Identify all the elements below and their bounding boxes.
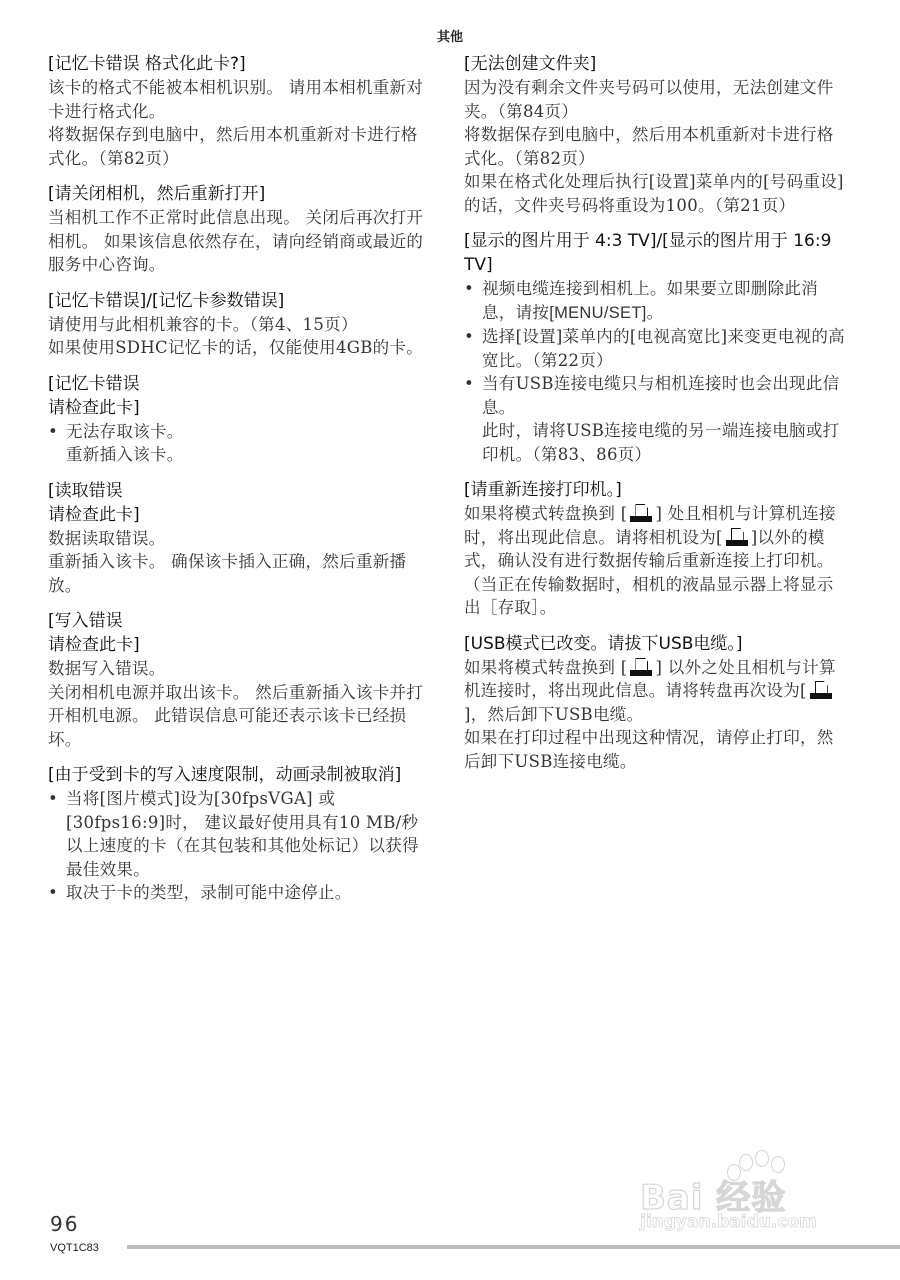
bullet-text: 此时，请将USB连接电缆的另一端连接电脑或打印机。（第83、86页） <box>482 419 849 466</box>
msg-text: 关闭相机电源并取出该卡。 然后重新插入该卡并打开相机电源。 此错误信息可能还表示… <box>48 681 433 752</box>
bullet-icon: • <box>464 372 474 396</box>
msg-title: 请检查此卡] <box>48 396 433 420</box>
bullet-item: • 取决于卡的类型，录制可能中途停止。 <box>48 881 433 905</box>
msg-title: [写入错误 <box>48 609 433 633</box>
bullet-text: 无法存取该卡。 <box>66 420 433 444</box>
msg-title: [由于受到卡的写入速度限制，动画录制被取消] <box>48 763 433 787</box>
msg-title: [记忆卡错误 <box>48 372 433 396</box>
msg-text: 数据读取错误。 <box>48 527 433 551</box>
msg-title: 请检查此卡] <box>48 633 433 657</box>
msg-text: 如果使用SDHC记忆卡的话，仅能使用4GB的卡。 <box>48 336 433 360</box>
msg-text: 如果将模式转盘换到 [] 处且相机与计算机连接时，将出现此信息。请将相机设为[]… <box>464 502 849 620</box>
printer-mode-icon <box>630 658 652 676</box>
bullet-item: • 无法存取该卡。 重新插入该卡。 <box>48 420 433 467</box>
msg-text: 当相机工作不正常时此信息出现。 关闭后再次打开相机。 如果该信息依然存在，请向经… <box>48 206 433 277</box>
bullet-icon: • <box>464 325 474 349</box>
bullet-text: 重新插入该卡。 <box>66 443 433 467</box>
msg-title: [无法创建文件夹] <box>464 52 849 76</box>
baidu-jingyan-watermark: Bai 经验 jingyan.baidu.com <box>640 1150 860 1240</box>
msg-reconnect-printer: [请重新连接打印机。] 如果将模式转盘换到 [] 处且相机与计算机连接时，将出现… <box>464 478 849 620</box>
bullet-text: 。 <box>647 303 664 322</box>
left-column: [记忆卡错误 格式化此卡?] 该卡的格式不能被本相机识别。 请用本相机重新对卡进… <box>48 52 433 917</box>
msg-cannot-create-folder: [无法创建文件夹] 因为没有剩余文件夹号码可以使用，无法创建文件夹。（第84页）… <box>464 52 849 217</box>
bullet-item: • 当有USB连接电缆只与相机连接时也会出现此信息。 此时，请将USB连接电缆的… <box>464 372 849 466</box>
bullet-text: 当有USB连接电缆只与相机连接时也会出现此信息。 <box>482 372 849 419</box>
bullet-icon: • <box>48 787 58 811</box>
page-number: 96 <box>50 1212 79 1236</box>
bullet-icon: • <box>48 881 58 905</box>
footer-divider <box>127 1245 900 1249</box>
watermark-url: jingyan.baidu.com <box>640 1212 817 1232</box>
msg-text: 将数据保存到电脑中，然后用本机重新对卡进行格式化。（第82页） <box>464 123 849 170</box>
msg-title: [记忆卡错误]/[记忆卡参数错误] <box>48 289 433 313</box>
bullet-item: • 选择[设置]菜单内的[电视高宽比]来变更电视的高宽比。（第22页） <box>464 325 849 372</box>
bullet-item: • 视频电缆连接到相机上。如果要立即删除此消息，请按[MENU/SET]。 <box>464 277 849 325</box>
msg-write-error: [写入错误 请检查此卡] 数据写入错误。 关闭相机电源并取出该卡。 然后重新插入… <box>48 609 433 751</box>
msg-text: 重新插入该卡。 确保该卡插入正确，然后重新播放。 <box>48 550 433 597</box>
printer-mode-icon <box>630 504 652 522</box>
msg-title: 请检查此卡] <box>48 503 433 527</box>
printer-mode-icon <box>726 528 748 546</box>
msg-card-param-error: [记忆卡错误]/[记忆卡参数错误] 请使用与此相机兼容的卡。（第4、15页） 如… <box>48 289 433 360</box>
msg-text: 如果在打印过程中出现这种情况，请停止打印，然后卸下USB连接电缆。 <box>464 726 849 773</box>
msg-text: 因为没有剩余文件夹号码可以使用，无法创建文件夹。（第84页） <box>464 76 849 123</box>
text-fragment: 如果将模式转盘换到 [ <box>464 504 627 523</box>
text-fragment: ]，然后卸下USB电缆。 <box>464 705 643 724</box>
msg-title: [请关闭相机，然后重新打开] <box>48 182 433 206</box>
section-header: 其他 <box>0 26 900 45</box>
right-column: [无法创建文件夹] 因为没有剩余文件夹号码可以使用，无法创建文件夹。（第84页）… <box>464 52 849 785</box>
msg-text: 请使用与此相机兼容的卡。（第4、15页） <box>48 313 433 337</box>
doc-code: VQT1C83 <box>50 1242 99 1254</box>
msg-check-card: [记忆卡错误 请检查此卡] • 无法存取该卡。 重新插入该卡。 <box>48 372 433 467</box>
msg-text: 如果在格式化处理后执行[设置]菜单内的[号码重设]的话，文件夹号码将重设为100… <box>464 170 849 217</box>
bullet-item: • 当将[图片模式]设为[30fpsVGA] 或[30fps16:9]时， 建议… <box>48 787 433 881</box>
msg-text: 将数据保存到电脑中，然后用本机重新对卡进行格式化。（第82页） <box>48 123 433 170</box>
msg-text: 该卡的格式不能被本相机识别。 请用本相机重新对卡进行格式化。 <box>48 76 433 123</box>
msg-format-card: [记忆卡错误 格式化此卡?] 该卡的格式不能被本相机识别。 请用本相机重新对卡进… <box>48 52 433 170</box>
msg-title: [USB模式已改变。请拔下USB电缆。] <box>464 632 849 656</box>
msg-restart-camera: [请关闭相机，然后重新打开] 当相机工作不正常时此信息出现。 关闭后再次打开相机… <box>48 182 433 277</box>
msg-title: [请重新连接打印机。] <box>464 478 849 502</box>
msg-motion-cancelled: [由于受到卡的写入速度限制，动画录制被取消] • 当将[图片模式]设为[30fp… <box>48 763 433 905</box>
msg-text: 如果将模式转盘换到 [] 以外之处且相机与计算机连接时，将出现此信息。请将转盘再… <box>464 656 849 727</box>
menu-set-key-label: [MENU/SET] <box>549 304 646 322</box>
msg-text: 数据写入错误。 <box>48 657 433 681</box>
printer-mode-icon <box>810 681 832 699</box>
msg-title: [读取错误 <box>48 479 433 503</box>
text-fragment: 如果将模式转盘换到 [ <box>464 658 627 677</box>
bullet-icon: • <box>48 420 58 444</box>
msg-tv-aspect: [显示的图片用于 4:3 TV]/[显示的图片用于 16:9 TV] • 视频电… <box>464 229 849 466</box>
msg-read-error: [读取错误 请检查此卡] 数据读取错误。 重新插入该卡。 确保该卡插入正确，然后… <box>48 479 433 598</box>
bullet-text: 取决于卡的类型，录制可能中途停止。 <box>66 881 433 905</box>
bullet-icon: • <box>464 277 474 301</box>
bullet-text: 当将[图片模式]设为[30fpsVGA] 或[30fps16:9]时， 建议最好… <box>66 787 433 881</box>
bullet-text: 选择[设置]菜单内的[电视高宽比]来变更电视的高宽比。（第22页） <box>482 325 849 372</box>
msg-usb-mode-changed: [USB模式已改变。请拔下USB电缆。] 如果将模式转盘换到 [] 以外之处且相… <box>464 632 849 774</box>
msg-title: [记忆卡错误 格式化此卡?] <box>48 52 433 76</box>
msg-title: [显示的图片用于 4:3 TV]/[显示的图片用于 16:9 TV] <box>464 229 849 277</box>
